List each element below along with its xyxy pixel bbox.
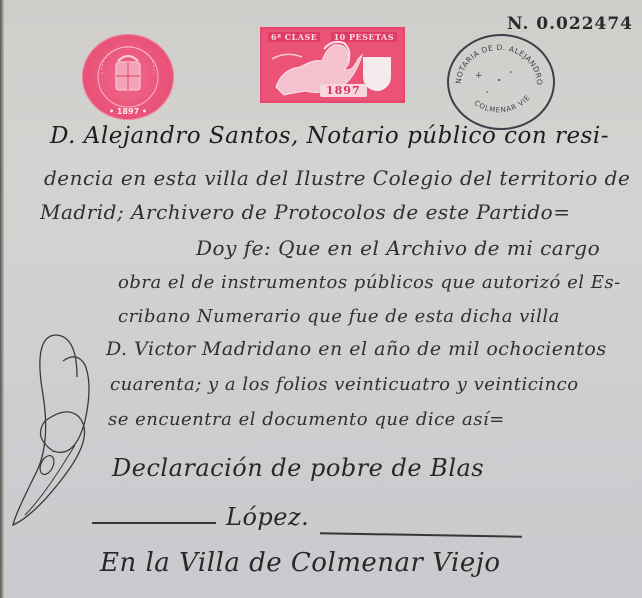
document-title-line-2: López. [226, 503, 309, 531]
notary-seal-ring-icon: NOTARIA DE D. ALEJANDRO SANTOS COLMENAR … [447, 34, 551, 126]
document-title-line-1: Declaración de pobre de Blas [112, 454, 484, 482]
notary-seal-stamp: NOTARIA DE D. ALEJANDRO SANTOS COLMENAR … [447, 34, 555, 130]
coat-of-arms-icon: • 1897 • [82, 34, 174, 120]
body-line-9: se encuentra el documento que dice así= [108, 409, 505, 430]
revenue-stamp: 6ª CLASE 10 PESETAS 1897 [260, 27, 405, 103]
body-line-4: Doy fe: Que en el Archivo de mi cargo [196, 236, 600, 260]
title-underline-right [320, 532, 522, 537]
body-line-3: Madrid; Archivero de Protocolos de este … [40, 200, 570, 224]
svg-text:NOTARIA DE D. ALEJANDRO SANTOS: NOTARIA DE D. ALEJANDRO SANTOS [447, 34, 544, 86]
body-line-7: D. Victor Madridano en el año de mil och… [106, 338, 607, 360]
body-line-6: cribano Numerario que fue de esta dicha … [118, 306, 560, 327]
notarial-document-page: N. 0.022474 • 1897 • 6ª CLASE 10 PESETAS… [0, 0, 642, 598]
svg-text:+: + [475, 71, 483, 81]
stamp-year: 1897 [320, 84, 367, 97]
closing-line-1: En la Villa de Colmenar Viejo [100, 548, 500, 578]
fnmt-seal-stamp: • 1897 • [82, 34, 174, 120]
body-line-1: D. Alejandro Santos, Notario público con… [50, 123, 609, 149]
svg-text:• 1897 •: • 1897 • [109, 107, 147, 116]
shield-icon [363, 57, 391, 91]
signature-flourish-icon [5, 325, 115, 535]
body-line-2: dencia en esta villa del Ilustre Colegio… [44, 166, 630, 190]
serial-number: N. 0.022474 [507, 14, 633, 34]
body-line-5: obra el de instrumentos públicos que aut… [118, 272, 621, 293]
body-line-8: cuarenta; y a los folios veinticuatro y … [110, 374, 579, 395]
